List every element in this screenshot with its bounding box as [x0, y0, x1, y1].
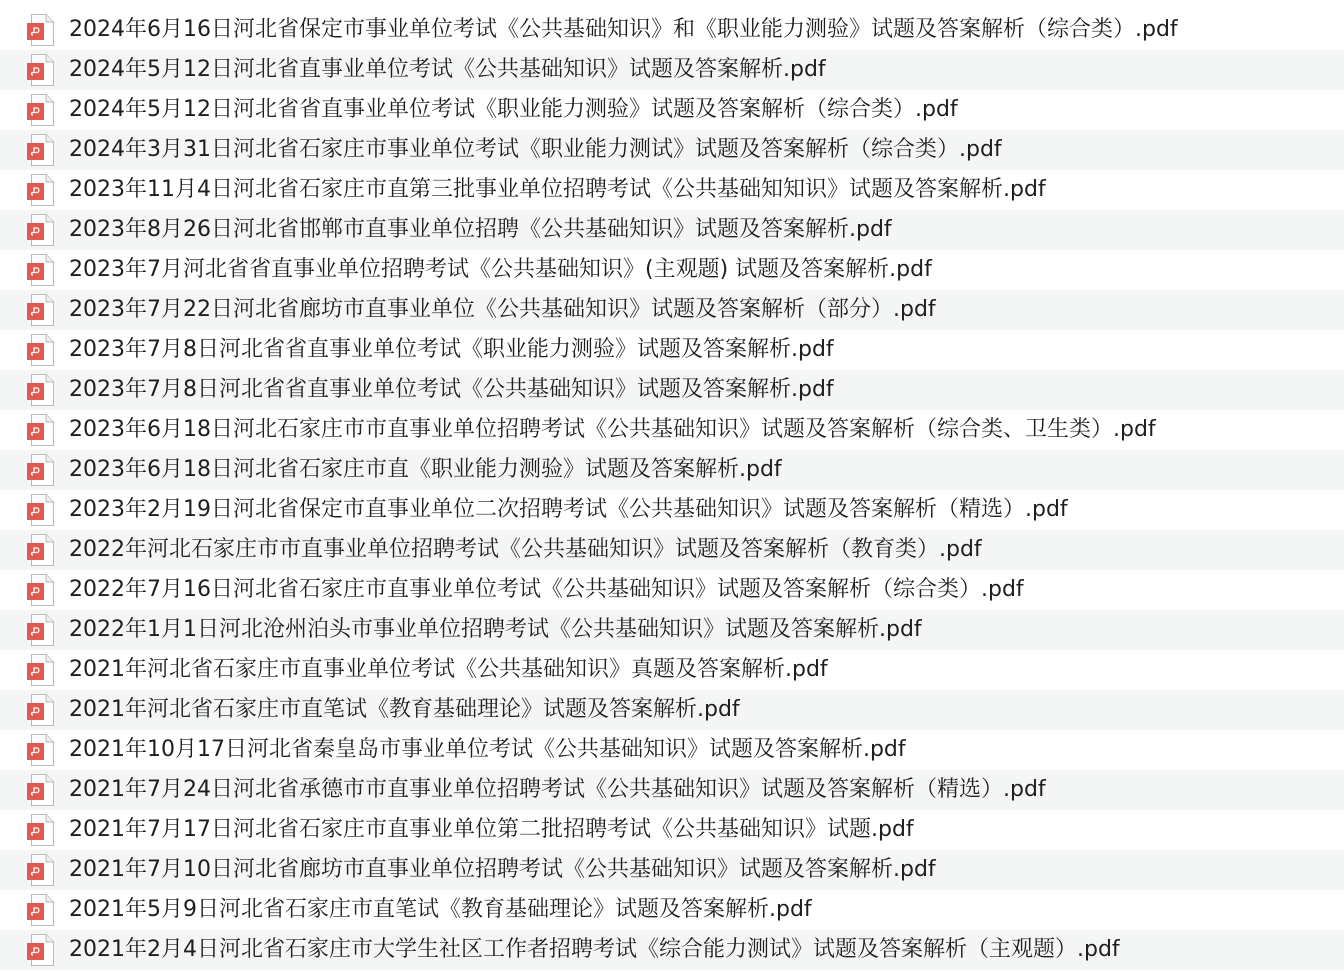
pdf-file-icon [27, 94, 55, 126]
pdf-file-icon [27, 294, 55, 326]
file-name: 2021年7月24日河北省承德市市直事业单位招聘考试《公共基础知识》试题及答案解… [69, 770, 1046, 810]
pdf-file-icon [27, 374, 55, 406]
file-name: 2023年6月18日河北省石家庄市直《职业能力测验》试题及答案解析.pdf [69, 450, 782, 490]
file-row[interactable]: 2023年7月河北省省直事业单位招聘考试《公共基础知识》(主观题) 试题及答案解… [0, 250, 1344, 290]
file-row[interactable]: 2022年1月1日河北沧州泊头市事业单位招聘考试《公共基础知识》试题及答案解析.… [0, 610, 1344, 650]
file-row[interactable]: 2023年7月8日河北省省直事业单位考试《公共基础知识》试题及答案解析.pdf [0, 370, 1344, 410]
file-row[interactable]: 2023年7月8日河北省省直事业单位考试《职业能力测验》试题及答案解析.pdf [0, 330, 1344, 370]
file-name: 2021年2月4日河北省石家庄市大学生社区工作者招聘考试《综合能力测试》试题及答… [69, 930, 1120, 970]
file-row[interactable]: 2024年5月12日河北省直事业单位考试《公共基础知识》试题及答案解析.pdf [0, 50, 1344, 90]
file-name: 2023年6月18日河北石家庄市市直事业单位招聘考试《公共基础知识》试题及答案解… [69, 410, 1156, 450]
pdf-file-icon [27, 214, 55, 246]
file-row[interactable]: 2023年6月18日河北省石家庄市直《职业能力测验》试题及答案解析.pdf [0, 450, 1344, 490]
pdf-file-icon [27, 694, 55, 726]
file-row[interactable]: 2024年6月16日河北省保定市事业单位考试《公共基础知识》和《职业能力测验》试… [0, 10, 1344, 50]
pdf-file-icon [27, 414, 55, 446]
file-name: 2021年5月9日河北省石家庄市直笔试《教育基础理论》试题及答案解析.pdf [69, 890, 812, 930]
file-name: 2024年3月31日河北省石家庄市事业单位考试《职业能力测试》试题及答案解析（综… [69, 130, 1002, 170]
file-row[interactable]: 2022年7月16日河北省石家庄市直事业单位考试《公共基础知识》试题及答案解析（… [0, 570, 1344, 610]
pdf-file-icon [27, 14, 55, 46]
file-name: 2021年河北省石家庄市直事业单位考试《公共基础知识》真题及答案解析.pdf [69, 650, 828, 690]
pdf-file-icon [27, 494, 55, 526]
file-name: 2022年1月1日河北沧州泊头市事业单位招聘考试《公共基础知识》试题及答案解析.… [69, 610, 922, 650]
file-row[interactable]: 2021年7月10日河北省廊坊市直事业单位招聘考试《公共基础知识》试题及答案解析… [0, 850, 1344, 890]
file-row[interactable]: 2023年8月26日河北省邯郸市直事业单位招聘《公共基础知识》试题及答案解析.p… [0, 210, 1344, 250]
file-name: 2024年5月12日河北省直事业单位考试《公共基础知识》试题及答案解析.pdf [69, 50, 826, 90]
pdf-file-icon [27, 174, 55, 206]
file-name: 2024年6月16日河北省保定市事业单位考试《公共基础知识》和《职业能力测验》试… [69, 10, 1178, 50]
file-row[interactable]: 2024年5月12日河北省省直事业单位考试《职业能力测验》试题及答案解析（综合类… [0, 90, 1344, 130]
pdf-file-icon [27, 54, 55, 86]
pdf-file-icon [27, 134, 55, 166]
pdf-file-icon [27, 654, 55, 686]
pdf-file-icon [27, 934, 55, 966]
pdf-file-icon [27, 574, 55, 606]
file-row[interactable]: 2023年6月18日河北石家庄市市直事业单位招聘考试《公共基础知识》试题及答案解… [0, 410, 1344, 450]
file-name: 2022年河北石家庄市市直事业单位招聘考试《公共基础知识》试题及答案解析（教育类… [69, 530, 982, 570]
file-name: 2023年2月19日河北省保定市直事业单位二次招聘考试《公共基础知识》试题及答案… [69, 490, 1068, 530]
pdf-file-icon [27, 814, 55, 846]
pdf-file-icon [27, 774, 55, 806]
file-name: 2023年7月河北省省直事业单位招聘考试《公共基础知识》(主观题) 试题及答案解… [69, 250, 932, 290]
file-row[interactable]: 2023年2月19日河北省保定市直事业单位二次招聘考试《公共基础知识》试题及答案… [0, 490, 1344, 530]
file-name: 2023年7月22日河北省廊坊市直事业单位《公共基础知识》试题及答案解析（部分）… [69, 290, 936, 330]
pdf-file-icon [27, 454, 55, 486]
pdf-file-icon [27, 254, 55, 286]
file-row[interactable]: 2024年3月31日河北省石家庄市事业单位考试《职业能力测试》试题及答案解析（综… [0, 130, 1344, 170]
pdf-file-icon [27, 534, 55, 566]
pdf-file-icon [27, 614, 55, 646]
file-name: 2021年7月10日河北省廊坊市直事业单位招聘考试《公共基础知识》试题及答案解析… [69, 850, 936, 890]
file-row[interactable]: 2023年11月4日河北省石家庄市直第三批事业单位招聘考试《公共基础知知识》试题… [0, 170, 1344, 210]
pdf-file-icon [27, 334, 55, 366]
file-name: 2023年7月8日河北省省直事业单位考试《职业能力测验》试题及答案解析.pdf [69, 330, 834, 370]
file-name: 2024年5月12日河北省省直事业单位考试《职业能力测验》试题及答案解析（综合类… [69, 90, 958, 130]
file-list: 2024年6月16日河北省保定市事业单位考试《公共基础知识》和《职业能力测验》试… [0, 10, 1344, 970]
file-name: 2022年7月16日河北省石家庄市直事业单位考试《公共基础知识》试题及答案解析（… [69, 570, 1024, 610]
file-row[interactable]: 2021年2月4日河北省石家庄市大学生社区工作者招聘考试《综合能力测试》试题及答… [0, 930, 1344, 970]
file-name: 2021年10月17日河北省秦皇岛市事业单位考试《公共基础知识》试题及答案解析.… [69, 730, 906, 770]
file-row[interactable]: 2021年河北省石家庄市直事业单位考试《公共基础知识》真题及答案解析.pdf [0, 650, 1344, 690]
file-name: 2021年河北省石家庄市直笔试《教育基础理论》试题及答案解析.pdf [69, 690, 740, 730]
pdf-file-icon [27, 854, 55, 886]
pdf-file-icon [27, 894, 55, 926]
file-row[interactable]: 2021年河北省石家庄市直笔试《教育基础理论》试题及答案解析.pdf [0, 690, 1344, 730]
file-name: 2021年7月17日河北省石家庄市直事业单位第二批招聘考试《公共基础知识》试题.… [69, 810, 914, 850]
file-name: 2023年11月4日河北省石家庄市直第三批事业单位招聘考试《公共基础知知识》试题… [69, 170, 1046, 210]
file-row[interactable]: 2022年河北石家庄市市直事业单位招聘考试《公共基础知识》试题及答案解析（教育类… [0, 530, 1344, 570]
file-name: 2023年7月8日河北省省直事业单位考试《公共基础知识》试题及答案解析.pdf [69, 370, 834, 410]
file-row[interactable]: 2021年10月17日河北省秦皇岛市事业单位考试《公共基础知识》试题及答案解析.… [0, 730, 1344, 770]
file-row[interactable]: 2021年7月24日河北省承德市市直事业单位招聘考试《公共基础知识》试题及答案解… [0, 770, 1344, 810]
file-row[interactable]: 2023年7月22日河北省廊坊市直事业单位《公共基础知识》试题及答案解析（部分）… [0, 290, 1344, 330]
pdf-file-icon [27, 734, 55, 766]
file-name: 2023年8月26日河北省邯郸市直事业单位招聘《公共基础知识》试题及答案解析.p… [69, 210, 892, 250]
file-row[interactable]: 2021年7月17日河北省石家庄市直事业单位第二批招聘考试《公共基础知识》试题.… [0, 810, 1344, 850]
file-row[interactable]: 2021年5月9日河北省石家庄市直笔试《教育基础理论》试题及答案解析.pdf [0, 890, 1344, 930]
